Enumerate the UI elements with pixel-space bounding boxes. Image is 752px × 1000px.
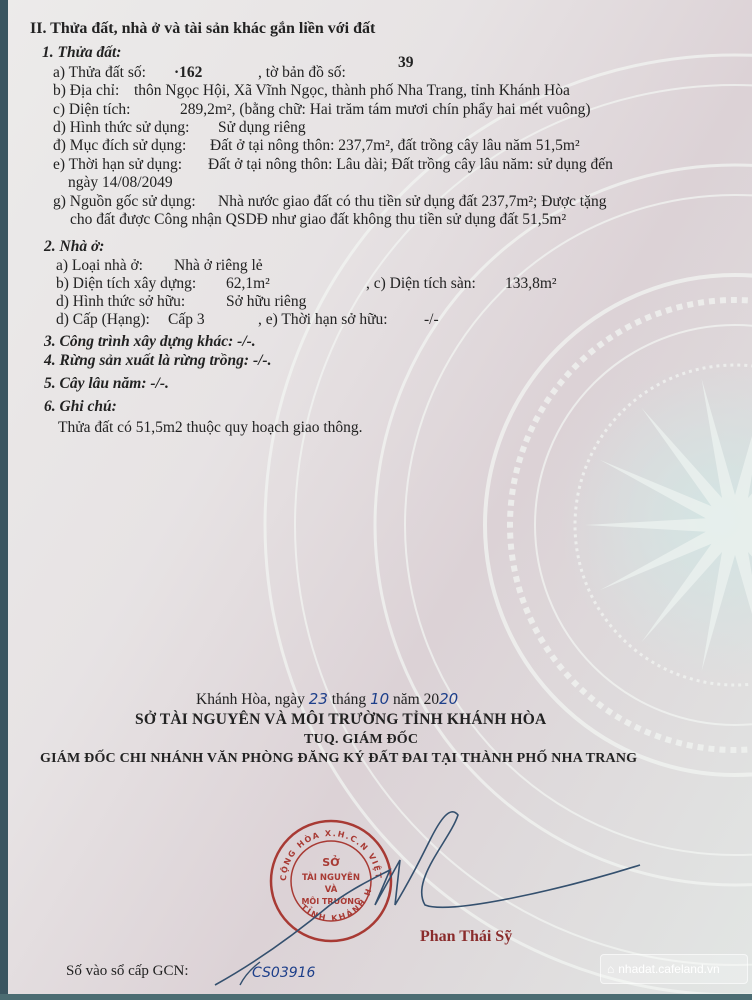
ownership-term-label: , e) Thời hạn sở hữu: bbox=[258, 311, 388, 329]
build-area-label: b) Diện tích xây dựng: bbox=[56, 275, 196, 293]
parcel-label: a) Thửa đất số: bbox=[53, 64, 146, 82]
date-month: 10 bbox=[370, 690, 389, 708]
section-title: II. Thửa đất, nhà ở và tài sản khác gắn … bbox=[30, 20, 375, 38]
date-year-label: năm 20 bbox=[393, 691, 439, 708]
issue-date: Khánh Hòa, ngày 23 tháng 10 năm 2020 bbox=[196, 690, 458, 709]
stamp-line4: MÔI TRƯỜNG bbox=[301, 895, 360, 906]
stamp-ring-text: CỘNG HÒA X.H.C.N VIỆT NAM bbox=[268, 818, 383, 881]
perennial-trees: 5. Cây lâu năm: -/-. bbox=[44, 375, 169, 393]
area-value: 289,2m², (bằng chữ: Hai trăm tám mươi ch… bbox=[180, 101, 591, 119]
use-form-value: Sử dụng riêng bbox=[218, 119, 306, 137]
land-heading: 1. Thửa đất: bbox=[42, 44, 121, 62]
svg-text:CỘNG HÒA X.H.C.N VIỆT NAM: CỘNG HÒA X.H.C.N VIỆT NAM bbox=[268, 818, 383, 881]
build-area-value: 62,1m² bbox=[226, 275, 270, 293]
scan-edge bbox=[0, 0, 8, 1000]
registry-label: Số vào sổ cấp GCN: bbox=[66, 962, 189, 980]
stamp-line1: SỞ bbox=[322, 855, 340, 869]
issuing-authority: SỞ TÀI NGUYÊN VÀ MÔI TRƯỜNG TỈNH KHÁNH H… bbox=[135, 711, 546, 729]
house-type-value: Nhà ở riêng lẻ bbox=[174, 257, 263, 275]
site-watermark: ⌂ nhadat.cafeland.vn bbox=[600, 954, 748, 984]
floor-area-value: 133,8m² bbox=[505, 275, 557, 293]
term-label: e) Thời hạn sử dụng: bbox=[53, 156, 182, 174]
scan-edge-bottom bbox=[0, 994, 752, 1000]
stamp-line3: VÀ bbox=[325, 883, 338, 895]
registry-number: CS03916 bbox=[252, 964, 315, 982]
signer-name: Phan Thái Sỹ bbox=[420, 928, 512, 946]
origin-label: g) Nguồn gốc sử dụng: bbox=[53, 193, 196, 211]
house-search-icon: ⌂ bbox=[607, 962, 614, 976]
map-sheet-label: , tờ bản đồ số: bbox=[258, 64, 346, 82]
date-year-suffix: 20 bbox=[439, 690, 458, 708]
on-behalf-title: TUQ. GIÁM ĐỐC bbox=[304, 731, 418, 749]
origin-value-line2: cho đất được Công nhận QSDĐ như giao đất… bbox=[70, 211, 566, 229]
term-value-line1: Đất ở tại nông thôn: Lâu dài; Đất trồng … bbox=[208, 156, 613, 174]
notes-text: Thửa đất có 51,5m2 thuộc quy hoạch giao … bbox=[58, 419, 363, 437]
watermark-text: nhadat.cafeland.vn bbox=[618, 962, 719, 976]
address-label: b) Địa chỉ: bbox=[53, 82, 119, 100]
signer-position: GIÁM ĐỐC CHI NHÁNH VĂN PHÒNG ĐĂNG KÝ ĐẤT… bbox=[40, 750, 637, 768]
ownership-term-value: -/- bbox=[424, 311, 439, 329]
purpose-value: Đất ở tại nông thôn: 237,7m², đất trồng … bbox=[210, 137, 580, 155]
grade-label: d) Cấp (Hạng): bbox=[56, 311, 150, 329]
stamp-line2: TÀI NGUYÊN bbox=[302, 871, 360, 883]
production-forest: 4. Rừng sản xuất là rừng trồng: -/-. bbox=[44, 352, 271, 370]
origin-value-line1: Nhà nước giao đất có thu tiền sử dụng đấ… bbox=[218, 193, 606, 211]
address-value: thôn Ngọc Hội, Xã Vĩnh Ngọc, thành phố N… bbox=[134, 82, 570, 100]
grade-value: Cấp 3 bbox=[168, 311, 205, 329]
ownership-value: Sở hữu riêng bbox=[226, 293, 306, 311]
area-label: c) Diện tích: bbox=[53, 101, 130, 119]
map-sheet-number: 39 bbox=[398, 54, 414, 72]
other-construction: 3. Công trình xây dựng khác: -/-. bbox=[44, 333, 256, 351]
official-stamp: CỘNG HÒA X.H.C.N VIỆT NAM TỈNH KHÁNH HÒA… bbox=[268, 818, 394, 944]
purpose-label: đ) Mục đích sử dụng: bbox=[53, 137, 186, 155]
date-prefix: Khánh Hòa, ngày bbox=[196, 691, 305, 708]
notes-heading: 6. Ghi chú: bbox=[44, 398, 117, 416]
use-form-label: d) Hình thức sử dụng: bbox=[53, 119, 190, 137]
ownership-label: d) Hình thức sở hữu: bbox=[56, 293, 185, 311]
floor-area-label: , c) Diện tích sàn: bbox=[366, 275, 476, 293]
date-day: 23 bbox=[309, 690, 328, 708]
house-heading: 2. Nhà ở: bbox=[44, 238, 104, 256]
term-value-line2: ngày 14/08/2049 bbox=[68, 174, 173, 192]
date-month-label: tháng bbox=[332, 691, 366, 708]
parcel-number: ·162 bbox=[174, 64, 202, 82]
house-type-label: a) Loại nhà ở: bbox=[56, 257, 143, 275]
